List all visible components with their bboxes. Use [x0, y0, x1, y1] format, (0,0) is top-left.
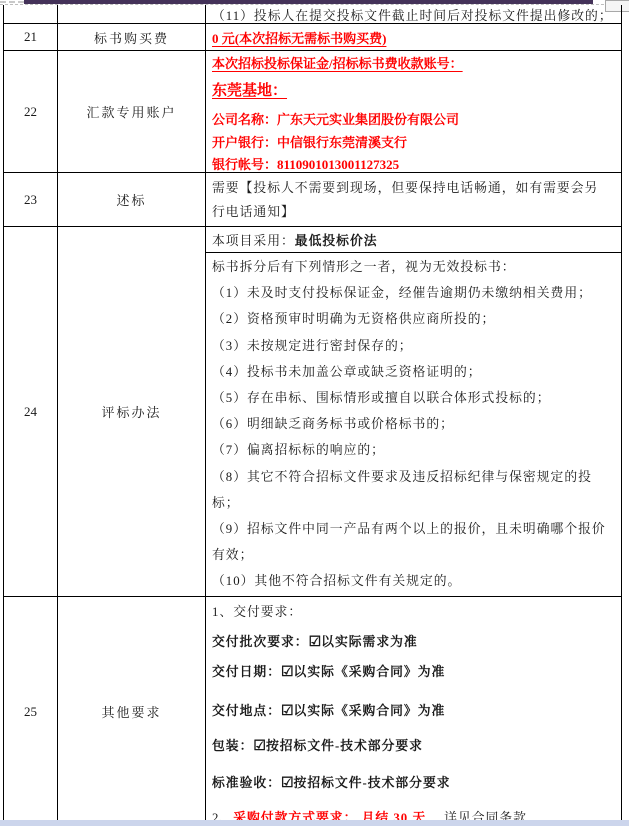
text-boundary-dash-left	[0, 1, 24, 3]
table-row-24: 24 评标办法 本项目采用：最低投标价法 标书拆分后有下列情形之一者，视为无效投…	[4, 227, 621, 597]
clause11-text: （11）投标人在提交投标文件截止时间后对投标文件提出修改的；	[212, 5, 613, 23]
packaging-value: 按招标文件-技术部分要求	[266, 739, 423, 753]
table-row-clause11: （11）投标人在提交投标文件截止时间后对投标文件提出修改的；	[4, 5, 621, 24]
checkbox-checked-icon: ☑	[281, 704, 294, 719]
row-content-cell: （11）投标人在提交投标文件截止时间后对投标文件提出修改的；	[206, 5, 621, 23]
packaging-label: 包装：	[212, 739, 253, 753]
invalid-item-3: （3）未按规定进行密封保存的；	[212, 333, 617, 359]
row-label: 汇款专用账户	[86, 102, 176, 121]
table-row-22: 22 汇款专用账户 本次招标投标保证金/招标标书费收款账号： 东莞基地： 公司名…	[4, 51, 621, 173]
row-label-cell: 其他要求	[58, 597, 206, 826]
invalid-item-4: （4）投标书未加盖公章或缺乏资格证明的；	[212, 359, 617, 385]
row-label: 标书购买费	[94, 28, 169, 47]
invalid-item-2: （2）资格预审时明确为无资格供应商所投的；	[212, 306, 617, 332]
invalid-item-1: （1）未及时支付投标保证金，经催告逾期仍未缴纳相关费用；	[212, 280, 617, 306]
invalid-item-7: （7）偏离招标标的响应的；	[212, 437, 617, 463]
row-label-cell: 述标	[58, 173, 206, 226]
acceptance-line: 标准验收：☑按招标文件-技术部分要求	[212, 769, 617, 798]
bank-account-number: 银行帐号：8110901013001127325	[212, 157, 399, 172]
account-heading: 本次招标投标保证金/招标标书费收款账号：	[212, 56, 463, 71]
row-label: 其他要求	[101, 702, 161, 721]
invalid-intro: 标书拆分后有下列情形之一者，视为无效投标书：	[212, 254, 617, 280]
presentation-requirement-text: 需要【投标人不需要到现场，但要保持电话畅通，如有需要会另行电话通知】	[212, 181, 598, 219]
row-number: 22	[24, 104, 37, 120]
row-label-cell	[58, 5, 206, 23]
acceptance-label: 标准验收：	[212, 776, 281, 790]
row-content-cell: 0 元(本次招标无需标书购买费)	[206, 24, 621, 50]
row-number: 23	[24, 192, 37, 208]
row-label: 述标	[116, 190, 146, 209]
row-number-cell: 21	[4, 24, 58, 50]
delivery-place-value: 以实际《采购合同》为准	[294, 704, 446, 718]
delivery-batch-line: 交付批次要求：☑以实际需求为准	[212, 628, 617, 657]
method-prefix: 本项目采用：	[212, 230, 295, 249]
row-number-cell: 25	[4, 597, 58, 826]
row-content-cell: 本次招标投标保证金/招标标书费收款账号： 东莞基地： 公司名称：广东天元实业集团…	[206, 51, 621, 172]
row-number: 25	[24, 704, 37, 720]
row-label-cell: 汇款专用账户	[58, 51, 206, 172]
row-number-cell: 22	[4, 51, 58, 172]
row-number-cell	[4, 5, 58, 23]
delivery-batch-value: 以实际需求为准	[321, 635, 418, 649]
row-label: 评标办法	[101, 402, 161, 421]
invalid-item-8: （8）其它不符合招标文件要求及违反招标纪律与保密规定的投标；	[212, 464, 617, 516]
bid-doc-fee-value: 0 元(本次招标无需标书购买费)	[212, 28, 386, 47]
invalid-item-6: （6）明细缺乏商务标书或价格标书的；	[212, 411, 617, 437]
row-content-cell: 1、交付要求： 交付批次要求：☑以实际需求为准 交付日期：☑以实际《采购合同》为…	[206, 597, 621, 826]
row-content-cell: 需要【投标人不需要到现场，但要保持电话畅通，如有需要会另行电话通知】	[206, 173, 621, 226]
delivery-requirements-title: 1、交付要求：	[212, 598, 617, 626]
row-number: 24	[24, 404, 37, 420]
invalid-item-10: （10）其他不符合招标文件有关规定的。	[212, 568, 617, 594]
acceptance-value: 按招标文件-技术部分要求	[294, 776, 451, 790]
table-row-25: 25 其他要求 1、交付要求： 交付批次要求：☑以实际需求为准 交付日期：☑以实…	[4, 597, 621, 826]
checkbox-checked-icon: ☑	[281, 776, 294, 791]
tender-conditions-table: （11）投标人在提交投标文件截止时间后对投标文件提出修改的； 21 标书购买费 …	[3, 5, 622, 826]
row-number-cell: 23	[4, 173, 58, 226]
delivery-place-label: 交付地点：	[212, 704, 281, 718]
table-row-21: 21 标书购买费 0 元(本次招标无需标书购买费)	[4, 24, 621, 51]
base-name: 东莞基地：	[212, 83, 287, 99]
bottom-window-strip	[0, 820, 629, 826]
row-content-cell: 本项目采用：最低投标价法 标书拆分后有下列情形之一者，视为无效投标书： （1）未…	[206, 227, 621, 596]
invalid-item-9: （9）招标文件中同一产品有两个以上的报价，且未明确哪个报价有效；	[212, 516, 617, 568]
checkbox-checked-icon: ☑	[281, 665, 294, 680]
invalid-bid-conditions-cell: 标书拆分后有下列情形之一者，视为无效投标书： （1）未及时支付投标保证金，经催告…	[206, 253, 621, 596]
row-label-cell: 评标办法	[58, 227, 206, 596]
delivery-batch-label: 交付批次要求：	[212, 635, 309, 649]
evaluation-method-cell: 本项目采用：最低投标价法	[206, 227, 621, 253]
packaging-line: 包装：☑按招标文件-技术部分要求	[212, 732, 617, 761]
delivery-place-line: 交付地点：☑以实际《采购合同》为准	[212, 697, 617, 726]
checkbox-checked-icon: ☑	[253, 739, 266, 754]
checkbox-checked-icon: ☑	[309, 635, 322, 650]
row-number-cell: 24	[4, 227, 58, 596]
method-value: 最低投标价法	[295, 230, 378, 249]
delivery-date-line: 交付日期：☑以实际《采购合同》为准	[212, 658, 617, 687]
invalid-item-5: （5）存在串标、围标情形或擅自以联合体形式投标的；	[212, 385, 617, 411]
row-number: 21	[24, 29, 37, 45]
table-row-23: 23 述标 需要【投标人不需要到现场，但要保持电话畅通，如有需要会另行电话通知】	[4, 173, 621, 227]
delivery-date-value: 以实际《采购合同》为准	[294, 665, 446, 679]
row-label-cell: 标书购买费	[58, 24, 206, 50]
company-name: 公司名称：广东天元实业集团股份有限公司	[212, 112, 459, 127]
delivery-date-label: 交付日期：	[212, 665, 281, 679]
bank-name: 开户银行：中信银行东莞清溪支行	[212, 135, 407, 150]
